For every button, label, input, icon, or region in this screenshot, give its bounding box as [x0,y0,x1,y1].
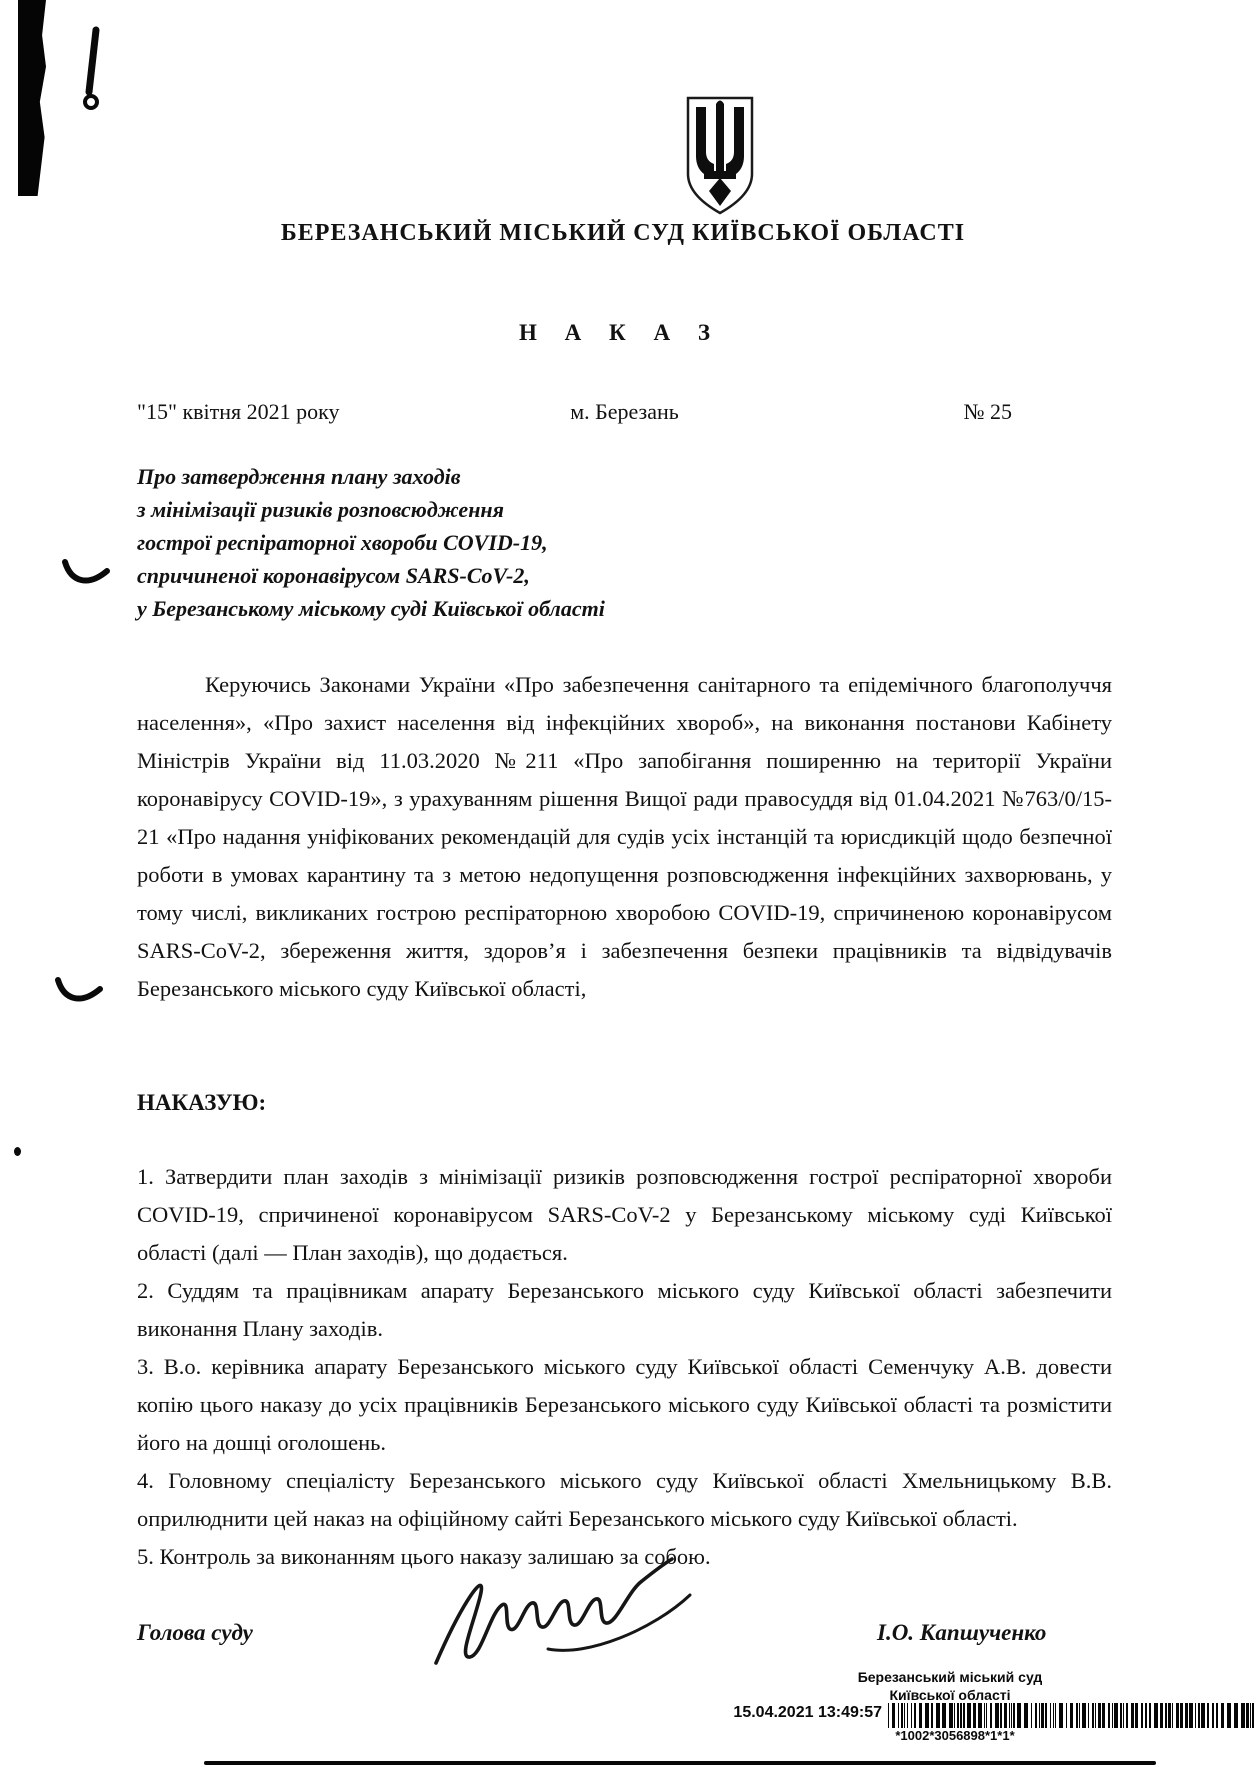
order-item-4: 4. Головному спеціалісту Березанського м… [137,1462,1112,1538]
subject-line: у Березанському міському суді Київської … [137,592,605,625]
subject-line: з мінімізації ризиків розповсюдження [137,493,605,526]
scanned-order-document: БЕРЕЗАНСЬКИЙ МІСЬКИЙ СУД КИЇВСЬКОЇ ОБЛАС… [0,0,1260,1767]
preamble-paragraph: Керуючись Законами України «Про забезпеч… [137,666,1112,1008]
document-place: м. Березань [570,399,679,425]
subject-block: Про затвердження плану заходів з мініміз… [137,460,605,625]
checkmark-artifact [62,556,110,590]
pen-stroke-artifact [80,26,108,118]
date-row: "15" квітня 2021 року м. Березань № 25 [137,399,1112,425]
handwritten-signature [428,1545,728,1680]
stamp-org-line1: Березанський міський суд [810,1668,1090,1686]
scan-bottom-line-artifact [204,1761,1156,1765]
barcode-text: *1002*3056898*1*1* [862,1728,1048,1743]
order-items: 1. Затвердити план заходів з мінімізації… [137,1158,1112,1576]
scan-edge-artifact [18,0,46,196]
court-title: БЕРЕЗАНСЬКИЙ МІСЬКИЙ СУД КИЇВСЬКОЇ ОБЛАС… [0,220,1246,247]
document-date: "15" квітня 2021 року [137,399,340,425]
stamp-timestamp: 15.04.2021 13:49:57 [630,1704,882,1722]
ink-dot-artifact [14,1147,21,1156]
subject-line: Про затвердження плану заходів [137,460,605,493]
signer-name: І.О. Капшученко [877,1620,1046,1646]
document-type-heading: Н А К А З [0,320,1240,346]
stamp-organization: Березанський міський суд Київської облас… [810,1668,1090,1704]
order-heading: НАКАЗУЮ: [137,1090,266,1116]
stamp-org-line2: Київської області [810,1686,1090,1704]
document-number: № 25 [964,399,1113,425]
subject-line: гострої респіраторної хвороби COVID-19, [137,526,605,559]
order-item-1: 1. Затвердити план заходів з мінімізації… [137,1158,1112,1272]
signer-position: Голова суду [137,1620,253,1646]
barcode [888,1703,1254,1728]
order-item-3: 3. В.о. керівника апарату Березанського … [137,1348,1112,1462]
checkmark-artifact [55,974,103,1008]
order-item-2: 2. Суддям та працівникам апарату Березан… [137,1272,1112,1348]
ukraine-trident-emblem [681,94,759,218]
subject-line: спричиненої коронавірусом SARS-CoV-2, [137,559,605,592]
